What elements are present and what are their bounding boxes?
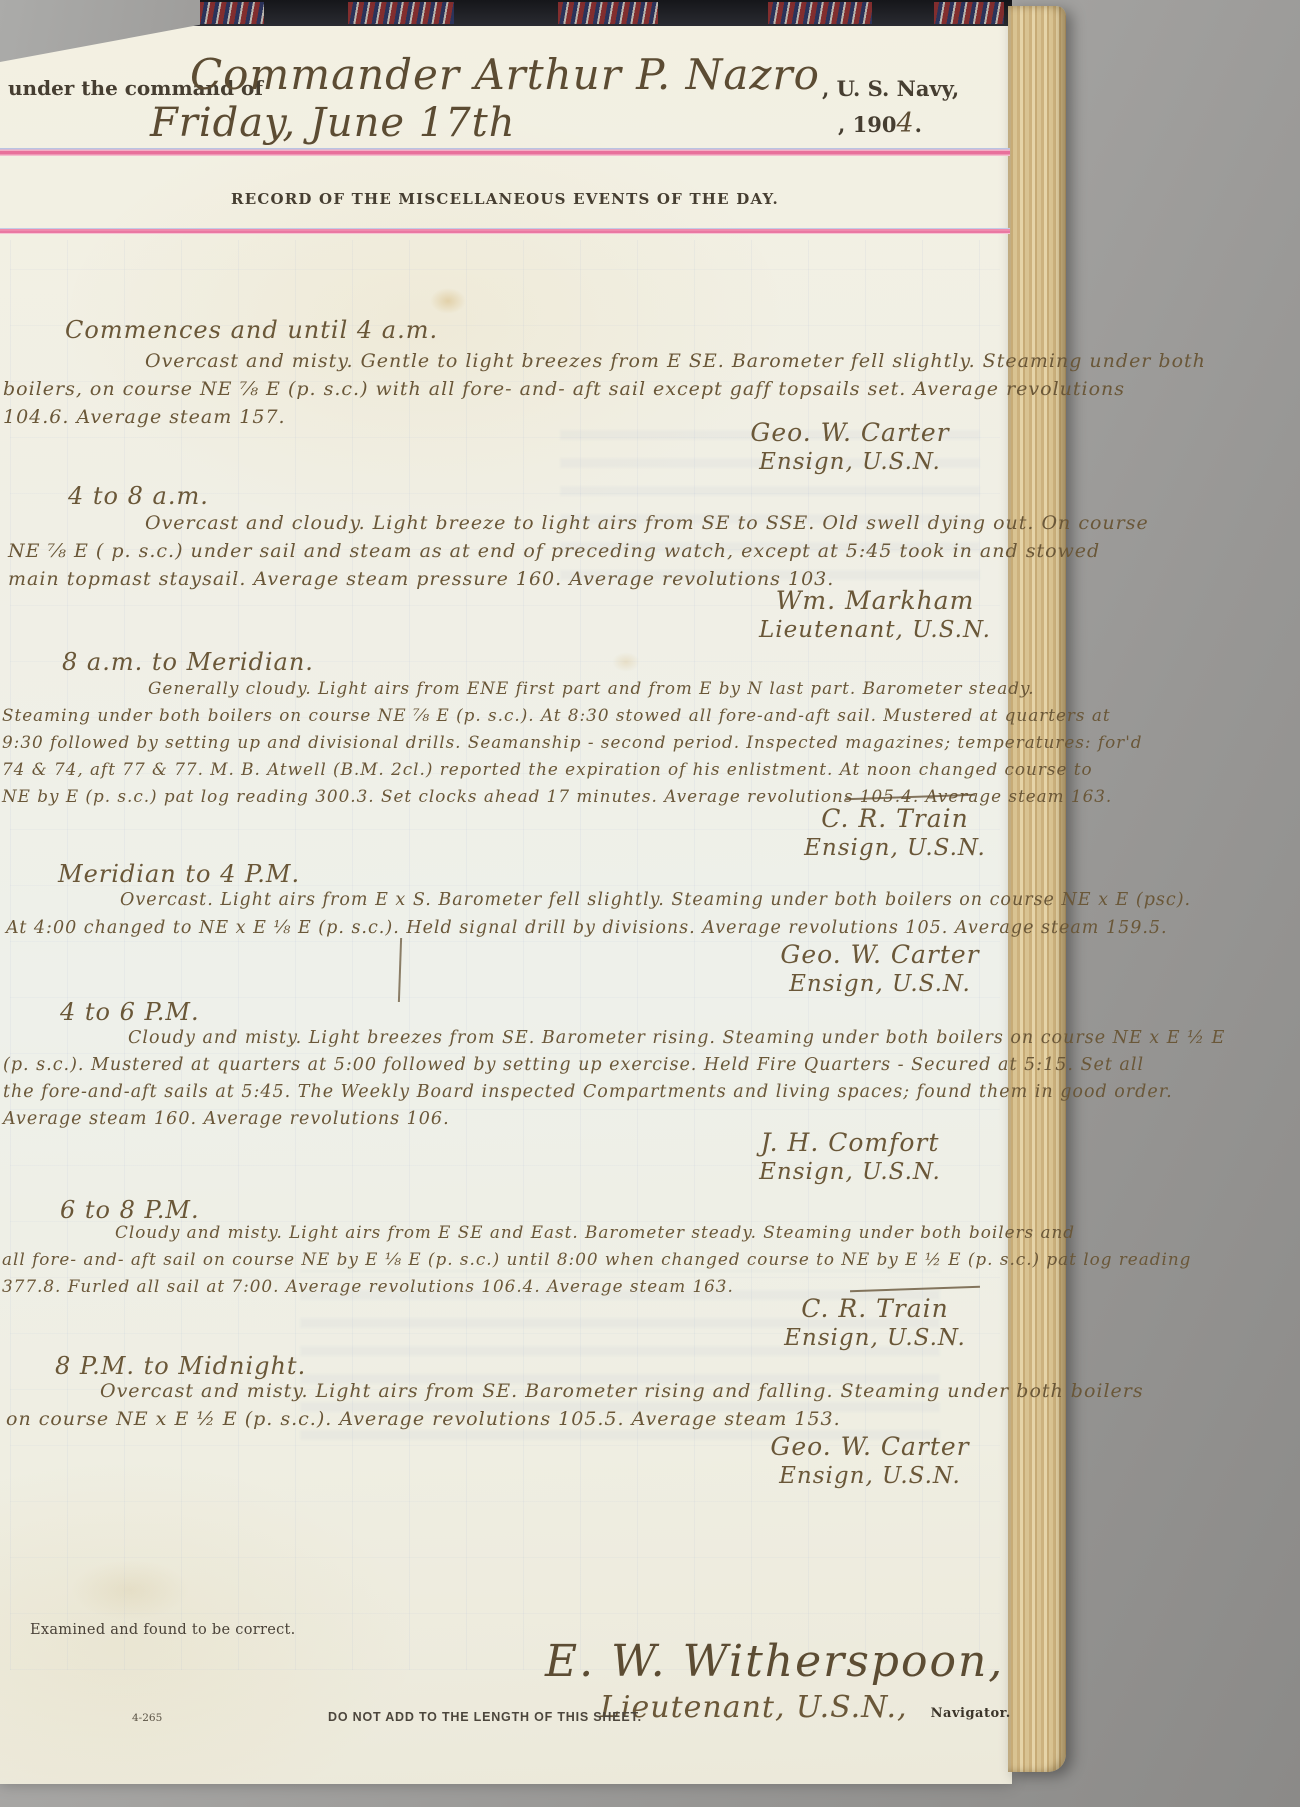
logbook-photo: under the command of Commander Arthur P.… [0,0,1300,1807]
entry-line: Overcast and misty. Gentle to light bree… [0,350,1157,372]
signature-block: C. R. Train Ensign, U.S.N. [730,1294,1020,1351]
signature-rank: Ensign, U.S.N. [740,971,1020,997]
entry-heading: 4 to 8 a.m. [68,482,209,510]
signature-rank: Ensign, U.S.N. [720,1463,1020,1489]
sheet-notice: DO NOT ADD TO THE LENGTH OF THIS SHEET. [328,1710,642,1724]
entry-heading: 6 to 8 P.M. [60,1196,200,1224]
entry-line: Overcast and cloudy. Light breeze to lig… [0,512,1157,534]
pink-rule [0,228,1010,234]
marbled-edge-segment [768,2,872,24]
year-line: , 1904. [838,108,922,139]
marbled-edge-segment [934,2,1004,24]
entry-line: Overcast and misty. Light airs from SE. … [0,1380,1112,1402]
entry-heading: Commences and until 4 a.m. [65,316,438,344]
signature-block: Geo. W. Carter Ensign, U.S.N. [700,418,1000,475]
entry-line: Overcast. Light airs from E x S. Baromet… [0,890,1132,910]
signature-name: Wm. Markham [730,586,1020,615]
year-prefix: , 190 [838,112,896,137]
entry-heading: 8 a.m. to Meridian. [62,648,314,676]
signature-name: Geo. W. Carter [740,940,1020,969]
entry-heading: 4 to 6 P.M. [60,998,200,1026]
navigator-rank-line: Lieutenant, U.S.N., Navigator. [600,1690,1011,1725]
marbled-edge-segment [348,2,454,24]
navigator-label: Navigator. [931,1706,1011,1721]
entry-line: (p. s.c.). Mustered at quarters at 5:00 … [0,1055,1015,1075]
signature-rank: Ensign, U.S.N. [770,835,1020,861]
signature-block: C. R. Train Ensign, U.S.N. [770,804,1020,861]
entry-line: 9:30 followed by setting up and division… [0,732,1014,752]
marbled-edge-segment [558,2,658,24]
date-handwritten: Friday, June 17th [150,100,516,146]
signature-rank: Ensign, U.S.N. [700,1159,1000,1185]
commander-name-handwritten: Commander Arthur P. Nazro [190,50,820,99]
entry-line: 377.8. Furled all sail at 7:00. Average … [0,1276,1014,1296]
year-digit-handwritten: 4 [896,108,914,139]
signature-name: Geo. W. Carter [720,1432,1020,1461]
stacked-page-edges [1008,6,1066,1772]
signature-name: Geo. W. Carter [700,418,1000,447]
signature-rank: Lieutenant, U.S.N. [730,617,1020,643]
entry-line: Cloudy and misty. Light breezes from SE.… [0,1028,1140,1048]
book-binding-strip [150,0,1012,26]
entry-line: Average steam 160. Average revolutions 1… [0,1109,1015,1129]
entry-line: NE ⅞ E ( p. s.c.) under sail and steam a… [0,540,1020,562]
signature-rank: Ensign, U.S.N. [700,449,1000,475]
entry-line: NE by E (p. s.c.) pat log reading 300.3.… [0,786,1014,806]
entry-line: Steaming under both boilers on course NE… [0,705,1014,725]
entry-line: on course NE x E ½ E (p. s.c.). Average … [0,1408,1018,1430]
navigator-rank: Lieutenant, U.S.N., [600,1690,908,1725]
signature-name: C. R. Train [730,1294,1020,1323]
entry-line: 74 & 74, aft 77 & 77. M. B. Atwell (B.M.… [0,759,1014,779]
signature-block: Wm. Markham Lieutenant, U.S.N. [730,586,1020,643]
entry-line: Cloudy and misty. Light airs from E SE a… [0,1222,1127,1242]
signature-block: J. H. Comfort Ensign, U.S.N. [700,1128,1000,1185]
entry-line: Generally cloudy. Light airs from ENE fi… [0,678,1160,698]
navy-label: , U. S. Navy, [822,76,959,101]
entry-line: boilers, on course NE ⅞ E (p. s.c.) with… [0,378,1015,400]
signature-block: Geo. W. Carter Ensign, U.S.N. [740,940,1020,997]
signature-name: C. R. Train [770,804,1020,833]
signature-rank: Ensign, U.S.N. [730,1325,1020,1351]
signature-block: Geo. W. Carter Ensign, U.S.N. [720,1432,1020,1489]
form-number: 4-265 [132,1712,162,1724]
pink-rule [0,148,1010,156]
entry-line: the fore-and-aft sails at 5:45. The Week… [0,1082,1015,1102]
examined-label: Examined and found to be correct. [30,1622,296,1638]
entry-line: At 4:00 changed to NE x E ⅛ E (p. s.c.).… [0,918,1018,938]
signature-name: J. H. Comfort [700,1128,1000,1157]
record-title: RECORD OF THE MISCELLANEOUS EVENTS OF TH… [0,190,1010,208]
navigator-signature: E. W. Witherspoon, [545,1636,1004,1687]
entry-heading: Meridian to 4 P.M. [58,860,300,888]
entry-line: all fore- and- aft sail on course NE by … [0,1249,1014,1269]
year-suffix: . [915,112,922,137]
entry-heading: 8 P.M. to Midnight. [55,1352,306,1380]
